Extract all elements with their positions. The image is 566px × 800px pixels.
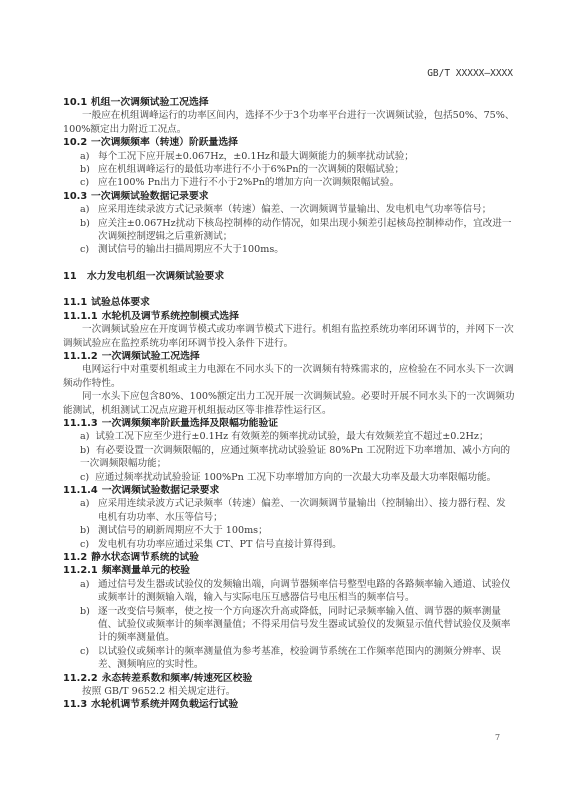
section-number: 11.2.2 [63,672,98,685]
list-label: a) [80,578,89,591]
chapter-title: 水力发电机组一次调频试验要求 [87,271,224,282]
section-heading-11-1: 11.1试验总体要求 [63,296,515,309]
list-text: 有必要设置一次调频限幅的，应通过频率扰动试验验证 80%Pn 工况附近下功率增加… [80,445,510,469]
list-label: a) [80,431,89,442]
list-item: b)应关注±0.067Hz扰动下核岛控制棒的动作情况，如果出现小频差引起核岛控制… [63,217,515,244]
section-number: 10.3 [63,190,91,203]
section-number: 10.1 [63,96,91,109]
section-heading-10-3: 10.3一次调频试验数据记录要求 [63,190,515,203]
section-number: 11.1.1 [63,310,98,323]
list-item: b)应在机组调峰运行的最低功率进行不小于6%Pn的一次调频的限幅试验； [63,163,515,176]
list-label: b) [80,163,90,176]
list-label: b) [80,445,90,456]
section-title: 频率测量单元的校验 [102,565,190,576]
section-number: 11.1.4 [63,484,98,497]
section-heading-11-2-1: 11.2.1频率测量单元的校验 [63,564,515,577]
section-heading-10-1: 10.1机组一次调频试验工况选择 [63,96,515,109]
list-text: 试验工况下应至少进行±0.1Hz 有效频差的频率扰动试验，最大有效频差宜不超过±… [95,431,488,442]
list-item: a)试验工况下应至少进行±0.1Hz 有效频差的频率扰动试验，最大有效频差宜不超… [63,430,515,443]
list-label: c) [80,645,89,658]
chapter-number: 11 [63,270,87,283]
section-title: 永态转差系数和频率/转速死区校验 [102,673,253,684]
section-number: 11.1 [63,296,87,309]
list-item: a)每个工况下应开展±0.067Hz，±0.1Hz和最大调频能力的频率扰动试验； [63,150,515,163]
section-title: 一次调频试验数据记录要求 [102,485,220,496]
list-item: a)通过信号发生器或试验仪的发频输出端，向调节器频率信号整型电路的各路频率输入通… [63,578,515,605]
list-item: b)逐一改变信号频率，使之按一个方向逐次升高或降低，同时记录频率输入值、调节器的… [63,605,515,645]
document-body: 10.1机组一次调频试验工况选择 一般应在机组调峰运行的功率区间内，选择不少于3… [63,96,515,712]
section-number: 11.2.1 [63,564,98,577]
list-label: b) [80,524,90,537]
list-item: b)有必要设置一次调频限幅的，应通过频率扰动试验验证 80%Pn 工况附近下功率… [63,444,515,471]
list-text: 应在机组调峰运行的最低功率进行不小于6%Pn的一次调频的限幅试验； [98,164,404,175]
list-item: c)应在100% Pn出力下进行不小于2%Pn的增加方向一次调频限幅试验。 [63,176,515,189]
list-text: 发电机有功功率应通过采集 CT、PT 信号直接计算得到。 [98,539,342,550]
section-heading-10-2: 10.2一次调频频率（转速）阶跃量选择 [63,136,515,149]
list-label: a) [80,150,89,163]
section-title: 一次调频试验工况选择 [102,351,200,362]
section-heading-11-1-2: 11.1.2一次调频试验工况选择 [63,350,515,363]
section-number: 11.1.3 [63,417,98,430]
list-item: c)应通过频率扰动试验验证 100%Pn 工况下功率增加方向的一次最大功率及最大… [63,471,515,484]
section-number: 11.2 [63,551,87,564]
section-heading-11-3: 11.3水轮机调节系统并网负载运行试验 [63,698,515,711]
list-label: c) [80,243,89,256]
section-title: 机组一次调频试验工况选择 [91,97,209,108]
list-text: 每个工况下应开展±0.067Hz，±0.1Hz和最大调频能力的频率扰动试验； [98,151,414,162]
list-text: 应采用连续录波方式记录频率（转速）偏差、一次调频调节量输出、发电机电气功率等信号… [98,204,491,215]
section-number: 11.3 [63,698,87,711]
list-text: 测试信号的输出扫描周期应不大于100ms。 [98,244,284,255]
section-heading-11-1-4: 11.1.4一次调频试验数据记录要求 [63,484,515,497]
section-heading-11-1-1: 11.1.1水轮机及调节系统控制模式选择 [63,310,515,323]
list-text: 通过信号发生器或试验仪的发频输出端，向调节器频率信号整型电路的各路频率输入通道、… [98,579,511,603]
section-heading-11-2-2: 11.2.2永态转差系数和频率/转速死区校验 [63,672,515,685]
section-number: 10.2 [63,136,91,149]
list-label: c) [80,538,89,551]
section-title: 一次调频频率（转速）阶跃量选择 [91,137,238,148]
list-item: c)发电机有功功率应通过采集 CT、PT 信号直接计算得到。 [63,538,515,551]
list-text: 以试验仪或频率计的频率测量值为参考基准，校验调节系统在工作频率范围内的测频分辨率… [98,646,501,670]
paragraph: 一般应在机组调峰运行的功率区间内，选择不少于3个功率平台进行一次调频试验，包括5… [63,109,515,136]
paragraph: 按照 GB/T 9652.2 相关规定进行。 [63,685,515,698]
list-label: c) [80,176,89,189]
section-title: 静水状态调节系统的试验 [91,552,199,563]
list-item: c)测试信号的输出扫描周期应不大于100ms。 [63,243,515,256]
paragraph: 电网运行中对重要机组或主力电源在不同水头下的一次调频有特殊需求的，应检验在不同水… [63,363,515,390]
list-text: 逐一改变信号频率，使之按一个方向逐次升高或降低，同时记录频率输入值、调节器的频率… [98,606,511,644]
list-label: a) [80,497,89,510]
section-title: 一次调频试验数据记录要求 [91,191,209,202]
list-label: a) [80,203,89,216]
standard-code-header: GB/T XXXXX—XXXX [427,68,513,79]
list-item: b)测试信号的刷新周期应不大于 100ms； [63,524,515,537]
section-title: 一次调频频率阶跃量选择及限幅功能验证 [102,418,278,429]
list-text: 应关注±0.067Hz扰动下核岛控制棒的动作情况，如果出现小频差引起核岛控制棒动… [98,218,512,242]
list-item: c)以试验仪或频率计的频率测量值为参考基准，校验调节系统在工作频率范围内的测频分… [63,645,515,672]
list-text: 测试信号的刷新周期应不大于 100ms； [98,525,268,536]
section-number: 11.1.2 [63,350,98,363]
list-item: a)应采用连续录波方式记录频率（转速）偏差、一次调频调节量输出（控制输出）、接力… [63,497,515,524]
list-label: b) [80,217,90,230]
section-title: 试验总体要求 [91,297,150,308]
section-title: 水轮机调节系统并网负载运行试验 [91,699,238,710]
chapter-heading-11: 11水力发电机组一次调频试验要求 [63,270,515,283]
list-text: 应采用连续录波方式记录频率（转速）偏差、一次调频调节量输出（控制输出）、接力器行… [98,498,506,522]
paragraph: 同一水头下应包含80%、100%额定出力工况开展一次调频试验。必要时开展不同水头… [63,390,515,417]
list-text: 应在100% Pn出力下进行不小于2%Pn的增加方向一次调频限幅试验。 [98,177,399,188]
section-heading-11-2: 11.2静水状态调节系统的试验 [63,551,515,564]
section-heading-11-1-3: 11.1.3一次调频频率阶跃量选择及限幅功能验证 [63,417,515,430]
list-text: 应通过频率扰动试验验证 100%Pn 工况下功率增加方向的一次最大功率及最大功率… [95,472,496,483]
list-item: a)应采用连续录波方式记录频率（转速）偏差、一次调频调节量输出、发电机电气功率等… [63,203,515,216]
section-title: 水轮机及调节系统控制模式选择 [102,311,239,322]
list-label: c) [80,472,89,483]
paragraph: 一次调频试验应在开度调节模式或功率调节模式下进行。机组有监控系统功率闭环调节的，… [63,323,515,350]
list-label: b) [80,605,90,618]
page-number: 7 [495,733,500,742]
